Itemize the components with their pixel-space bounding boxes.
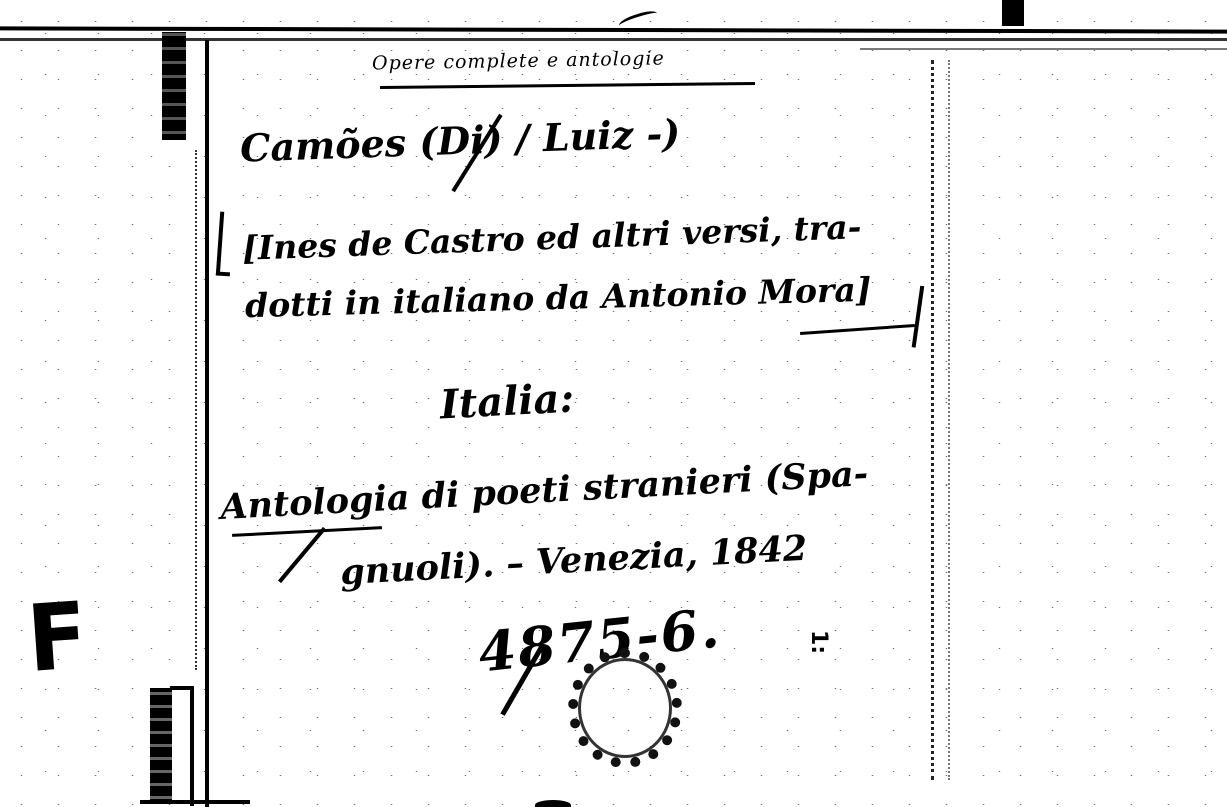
- card-right-edge: [931, 60, 934, 780]
- card-tab: [1002, 0, 1024, 26]
- card-bottom-edge: [140, 800, 250, 804]
- card-top-edge-fade: [860, 48, 1227, 50]
- circular-stamp-icon: [568, 648, 682, 768]
- spine-bracket: [170, 686, 192, 690]
- card-right-edge-shadow: [948, 60, 950, 780]
- spine-bracket-vertical: [190, 686, 194, 806]
- card-left-edge: [205, 40, 209, 807]
- spine-label-top: [162, 32, 186, 140]
- spine-label-bottom: [150, 688, 172, 804]
- card-bottom-mark: [535, 800, 571, 807]
- margin-mark: 1:: [806, 630, 831, 654]
- corner-letter: F: [24, 590, 90, 686]
- section-heading: Italia:: [439, 375, 575, 429]
- card-left-edge-shadow: [195, 150, 199, 670]
